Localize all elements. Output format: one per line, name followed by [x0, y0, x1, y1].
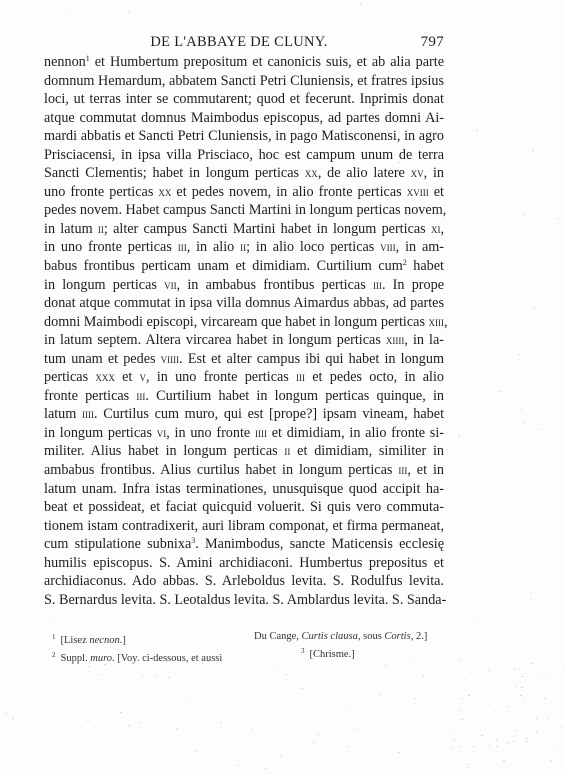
body-text: nennon1 et Humbertum prepositum et canon…: [44, 53, 444, 609]
text-line: uno fronte perticas xx et pedes novem, i…: [44, 183, 444, 202]
text-line: beat et possideat, et faciat quicquid vo…: [44, 498, 444, 517]
footnote: 3[Chrisme.]: [254, 644, 464, 662]
roman-numeral: vii: [164, 277, 177, 292]
footnotes-right-column: Du Cange, Curtis clausa, sous Cortis, 2.…: [254, 630, 464, 662]
text-line: perticas xxx et v, in uno fronte pertica…: [44, 368, 444, 387]
text-line: pedes novem. Habet campus Sancti Martini…: [44, 201, 444, 220]
text-run: in longum perticas: [44, 425, 157, 441]
text-run: humilis episcopus. S. Amini archidiaconi…: [44, 555, 444, 571]
text-run: fronte perticas: [44, 388, 136, 404]
text-line: Prisciacensi, in ipsa villa Prisciaco, h…: [44, 146, 444, 165]
text-run: ambabus frontibus. Alius curtilus habet …: [44, 462, 398, 478]
text-run: pedes novem. Habet campus Sancti Martini…: [44, 202, 446, 218]
text-line: Sancti Clementis; habet in longum pertic…: [44, 164, 444, 183]
text-run: loci, ut terras inter se commutarent; qu…: [44, 91, 444, 107]
roman-numeral: vi: [157, 425, 167, 440]
text-line: in uno fronte perticas iii, in alio ii; …: [44, 238, 444, 257]
roman-numeral: xiii: [429, 314, 445, 329]
text-run: atque commutat domnus Maimbodus episcopu…: [44, 110, 444, 126]
text-line: babus frontibus perticam unam et dimidia…: [44, 257, 444, 276]
roman-numeral: xiiii: [386, 332, 405, 347]
text-run: nennon: [44, 54, 86, 70]
roman-numeral: xviii: [407, 184, 429, 199]
text-run: ; alter campus Sancti Martini habet in l…: [104, 221, 431, 237]
text-line: ambabus frontibus. Alius curtilus habet …: [44, 461, 444, 480]
roman-numeral: xx: [158, 184, 171, 199]
text-run: , in uno fronte perticas: [146, 369, 296, 385]
text-run: et pedes novem, in alio fronte perticas: [171, 184, 406, 200]
text-run: Prisciacensi, in ipsa villa Prisciaco, h…: [44, 147, 444, 163]
roman-numeral: xxx: [95, 369, 115, 384]
footnote: 2Suppl. muro. [Voy. ci-dessous, et aussi: [52, 648, 262, 666]
text-run: Du Cange,: [254, 631, 302, 642]
text-line: tionem istam contradixerit, auri libram …: [44, 517, 444, 536]
text-run: , in ambabus frontibus perticas: [177, 277, 373, 293]
text-run: . Curtilus cum muro, qui est [prope?] ip…: [94, 406, 444, 422]
text-run: uno fronte perticas: [44, 184, 158, 200]
roman-numeral: viii: [380, 239, 396, 254]
text-run: archidiaconus. Ado abbas. S. Arleboldus …: [44, 573, 444, 589]
roman-numeral: viiii: [161, 351, 180, 366]
text-line: mardi abbatis et Sancti Petri Cluniensis…: [44, 127, 444, 146]
text-run: domnum Hemardum, abbatem Sancti Petri Cl…: [44, 73, 444, 89]
footnote-number: 2: [52, 651, 56, 659]
text-run: mardi abbatis et Sancti Petri Cluniensis…: [44, 128, 444, 144]
roman-numeral: xv: [411, 165, 424, 180]
text-run: domni Maimbodi episcopi, vircaream que h…: [44, 314, 429, 330]
document-page: DE L'ABBAYE DE CLUNY. 797 nennon1 et Hum…: [0, 0, 565, 775]
text-run: Sancti Clementis; habet in longum pertic…: [44, 165, 305, 181]
footnote: 1[Lisez necnon.]: [52, 630, 262, 648]
text-line: S. Bernardus levita. S. Leotaldus levita…: [44, 591, 444, 610]
text-run: . Curtilium habet in longum perticas qui…: [145, 388, 444, 404]
text-line: domni Maimbodi episcopi, vircaream que h…: [44, 313, 444, 332]
text-run: . [Voy. ci-dessous, et aussi: [112, 653, 222, 664]
text-line: militer. Alius habet in longum perticas …: [44, 442, 444, 461]
text-run: ,: [440, 221, 444, 237]
text-line: humilis episcopus. S. Amini archidiaconi…: [44, 554, 444, 573]
text-run: in latum septem. Altera vircarea habet i…: [44, 332, 386, 348]
text-run: in longum perticas: [44, 277, 164, 293]
roman-numeral: iii: [373, 277, 382, 292]
text-line: archidiaconus. Ado abbas. S. Arleboldus …: [44, 572, 444, 591]
running-title: DE L'ABBAYE DE CLUNY.: [44, 34, 444, 51]
roman-numeral: iii: [398, 462, 407, 477]
text-run: beat et possideat, et faciat quicquid vo…: [44, 499, 444, 515]
text-run: babus frontibus perticam unam et dimidia…: [44, 258, 403, 274]
text-line: domnum Hemardum, abbatem Sancti Petri Cl…: [44, 72, 444, 91]
roman-numeral: iiii: [255, 425, 267, 440]
text-run: Suppl.: [61, 653, 91, 664]
text-run: , in alio: [187, 239, 240, 255]
text-run: ,: [444, 314, 448, 330]
text-run: , in am-: [396, 239, 444, 255]
text-run: . Est et alter campus ibi qui habet in l…: [179, 351, 444, 367]
text-line: nennon1 et Humbertum prepositum et canon…: [44, 53, 444, 72]
text-run: , et in: [407, 462, 444, 478]
footnote-number: 1: [52, 633, 56, 641]
text-run: S. Bernardus levita. S. Leotaldus levita…: [44, 592, 446, 608]
text-line: cum stipulatione subnixa3. Manimbodus, s…: [44, 535, 444, 554]
text-run: . Manimbodus, sancte Maticensis ecclesię: [195, 536, 444, 552]
text-line: fronte perticas iii. Curtilium habet in …: [44, 387, 444, 406]
text-run: et dimidiam, in alio fronte si-: [267, 425, 444, 441]
text-run: in latum: [44, 221, 98, 237]
text-run: in uno fronte perticas: [44, 239, 178, 255]
text-run: et: [115, 369, 140, 385]
roman-numeral: iii: [296, 369, 305, 384]
text-line: atque commutat domnus Maimbodus episcopu…: [44, 109, 444, 128]
footnotes-left-column: 1[Lisez necnon.]2Suppl. muro. [Voy. ci-d…: [52, 630, 262, 666]
text-run: habet: [407, 258, 444, 274]
text-run: et pedes octo, in alio: [305, 369, 444, 385]
italic-text: necnon: [89, 635, 119, 646]
text-run: et dimidiam, similiter in: [290, 443, 444, 459]
roman-numeral: xx: [305, 165, 318, 180]
text-run: militer. Alius habet in longum perticas: [44, 443, 284, 459]
italic-text: Curtis clausa: [302, 631, 358, 642]
roman-numeral: iii: [178, 239, 187, 254]
text-run: et: [429, 184, 444, 200]
text-run: perticas: [44, 369, 95, 385]
footnote-number: 3: [301, 647, 305, 655]
text-run: donat atque commutat in ipsa villa domnu…: [44, 295, 444, 311]
text-run: [Chrisme.]: [310, 649, 355, 660]
text-run: , in: [424, 165, 444, 181]
text-run: ; in alio loco perticas: [246, 239, 380, 255]
text-run: . In prope: [382, 277, 444, 293]
text-line: in longum perticas vi, in uno fronte iii…: [44, 424, 444, 443]
footnote: Du Cange, Curtis clausa, sous Cortis, 2.…: [254, 630, 464, 644]
text-run: et Humbertum prepositum et canonicis sui…: [90, 54, 444, 70]
text-run: , de alio latere: [318, 165, 411, 181]
text-line: tum unam et pedes viiii. Est et alter ca…: [44, 350, 444, 369]
italic-text: muro: [90, 653, 112, 664]
roman-numeral: iiii: [82, 406, 94, 421]
text-run: , 2.]: [411, 631, 428, 642]
text-run: tionem istam contradixerit, auri libram …: [44, 518, 444, 534]
text-line: in longum perticas vii, in ambabus front…: [44, 276, 444, 295]
text-line: donat atque commutat in ipsa villa domnu…: [44, 294, 444, 313]
text-run: , in uno fronte: [166, 425, 255, 441]
text-run: tum unam et pedes: [44, 351, 161, 367]
running-head: DE L'ABBAYE DE CLUNY. 797: [44, 34, 444, 52]
text-run: .]: [120, 635, 126, 646]
text-line: latum iiii. Curtilus cum muro, qui est […: [44, 405, 444, 424]
text-line: latum unam. Infra istas terminationes, u…: [44, 480, 444, 499]
text-line: in latum ii; alter campus Sancti Martini…: [44, 220, 444, 239]
italic-text: Cortis: [384, 631, 410, 642]
text-run: [Lisez: [61, 635, 90, 646]
page-number: 797: [421, 34, 444, 51]
text-run: , sous: [358, 631, 385, 642]
text-line: in latum septem. Altera vircarea habet i…: [44, 331, 444, 350]
text-run: latum: [44, 406, 82, 422]
text-run: latum unam. Infra istas terminationes, u…: [44, 481, 444, 497]
text-run: cum stipulatione subnixa: [44, 536, 191, 552]
text-line: loci, ut terras inter se commutarent; qu…: [44, 90, 444, 109]
text-run: , in la-: [404, 332, 444, 348]
